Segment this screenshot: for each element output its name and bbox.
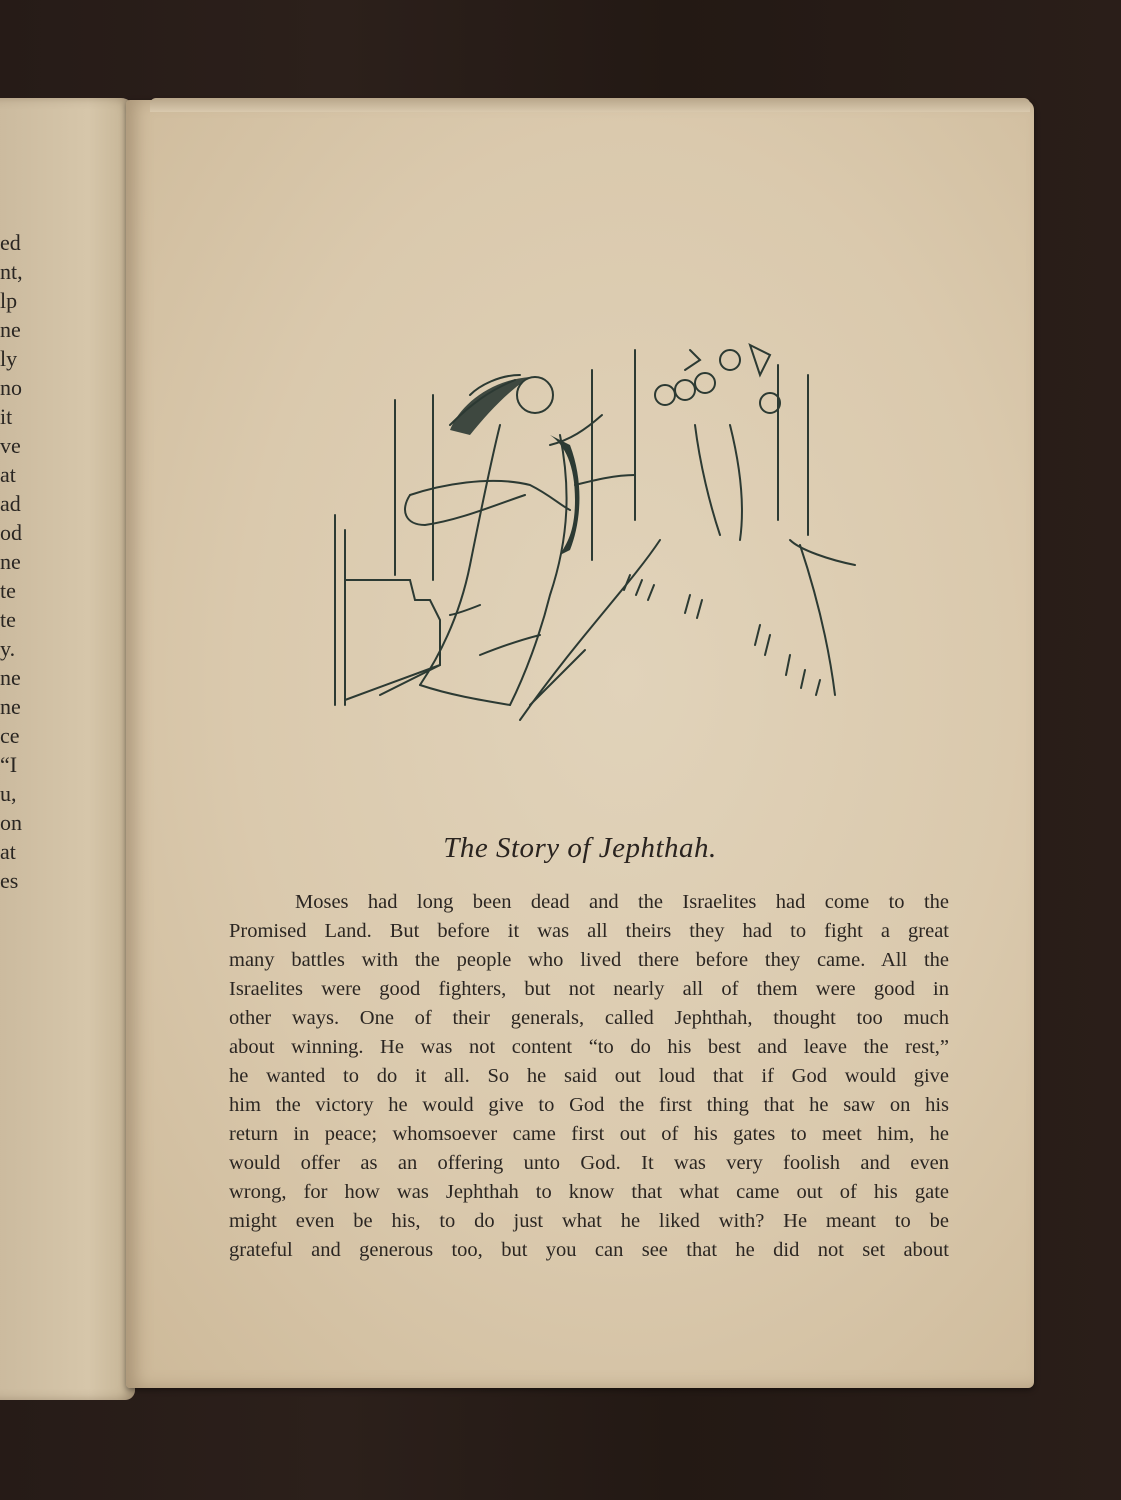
text-line: would offer as an offering unto God. It … [229, 1149, 949, 1178]
left-page-text-fragments: ed nt, lp ne ly no it ve at ad od ne te … [0, 228, 120, 895]
story-body-text: Moses had long been dead and the Israeli… [229, 888, 949, 1265]
left-line: on [0, 808, 120, 837]
left-line: es [0, 866, 120, 895]
left-line: ne [0, 547, 120, 576]
text-line: Moses had long been dead and the Israeli… [229, 888, 949, 917]
left-line: nt, [0, 257, 120, 286]
text-line: many battles with the people who lived t… [229, 946, 949, 975]
text-line: wrong, for how was Jephthah to know that… [229, 1178, 949, 1207]
left-line: ed [0, 228, 120, 257]
left-line: ly [0, 344, 120, 373]
left-line: it [0, 402, 120, 431]
text-line: Israelites were good fighters, but not n… [229, 975, 949, 1004]
woman-running-to-procession-illustration [330, 335, 860, 745]
left-line: y. [0, 634, 120, 663]
left-line: ne [0, 663, 120, 692]
left-line: od [0, 518, 120, 547]
page-top-edge [150, 98, 1030, 112]
left-line: te [0, 576, 120, 605]
left-line: te [0, 605, 120, 634]
left-line: lp [0, 286, 120, 315]
text-line: him the victory he would give to God the… [229, 1091, 949, 1120]
left-line: ve [0, 431, 120, 460]
left-line: “I [0, 750, 120, 779]
left-line: ne [0, 692, 120, 721]
text-line: Promised Land. But before it was all the… [229, 917, 949, 946]
left-line: ce [0, 721, 120, 750]
text-line: other ways. One of their generals, calle… [229, 1004, 949, 1033]
text-line: might even be his, to do just what he li… [229, 1207, 949, 1236]
left-line: ad [0, 489, 120, 518]
text-line: he wanted to do it all. So he said out l… [229, 1062, 949, 1091]
left-line: at [0, 460, 120, 489]
left-line: u, [0, 779, 120, 808]
left-line: at [0, 837, 120, 866]
story-title: The Story of Jephthah. [126, 832, 1034, 865]
text-line: return in peace; whomsoever came first o… [229, 1120, 949, 1149]
left-line: ne [0, 315, 120, 344]
text-line: about winning. He was not content “to do… [229, 1033, 949, 1062]
text-line: grateful and generous too, but you can s… [229, 1236, 949, 1265]
left-page: ed nt, lp ne ly no it ve at ad od ne te … [0, 98, 135, 1400]
left-line: no [0, 373, 120, 402]
